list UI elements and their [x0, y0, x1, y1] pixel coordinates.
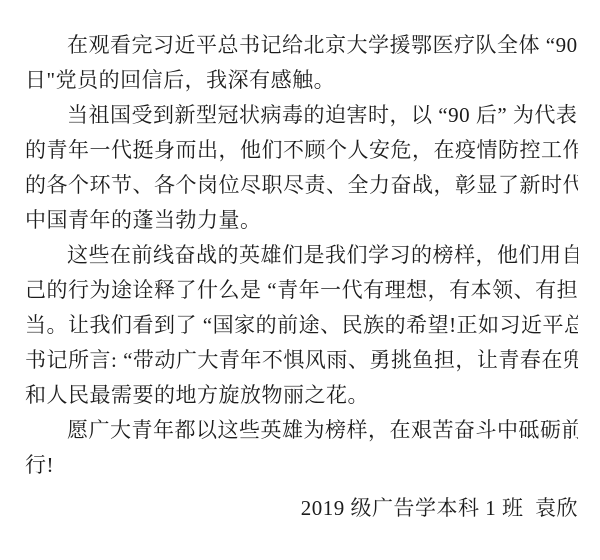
essay-line: 当祖国受到新型冠状病毒的迫害时，以 “90 后” 为代表: [25, 98, 578, 133]
essay-line: 己的行为途诠释了什么是 “青年一代有理想，有本领、有担: [25, 273, 578, 308]
essay-page: 在观看完习近平总书记给北京大学援鄂医疗队全体 “90 日"党员的回信后，我深有感…: [0, 0, 600, 560]
essay-line: 的青年一代挺身而出，他们不顾个人安危，在疫情防控工作: [25, 133, 578, 168]
essay-line: 书记所言: “带动广大青年不惧风雨、勇挑鱼担，让青春在兜: [25, 343, 578, 378]
essay-line: 行!: [25, 448, 578, 483]
essay-line: 中国青年的蓬当勃力量。: [25, 203, 578, 238]
essay-line: 日"党员的回信后，我深有感触。: [25, 63, 578, 98]
essay-line: 和人民最需要的地方旋放物丽之花。: [25, 378, 578, 413]
essay-line: 这些在前线奋战的英雄们是我们学习的榜样，他们用自: [25, 238, 578, 273]
essay-line: 当。让我们看到了 “国家的前途、民族的希望!正如习近平总: [25, 308, 578, 343]
essay-line: 在观看完习近平总书记给北京大学援鄂医疗队全体 “90: [25, 28, 578, 63]
essay-line: 愿广大青年都以这些英雄为榜样，在艰苦奋斗中砥砺前: [25, 413, 578, 448]
signature-line: 2019 级广告学本科 1 班 袁欣: [25, 491, 578, 526]
essay-line: 的各个环节、各个岗位尽职尽责、全力奋战，彰显了新时代: [25, 168, 578, 203]
